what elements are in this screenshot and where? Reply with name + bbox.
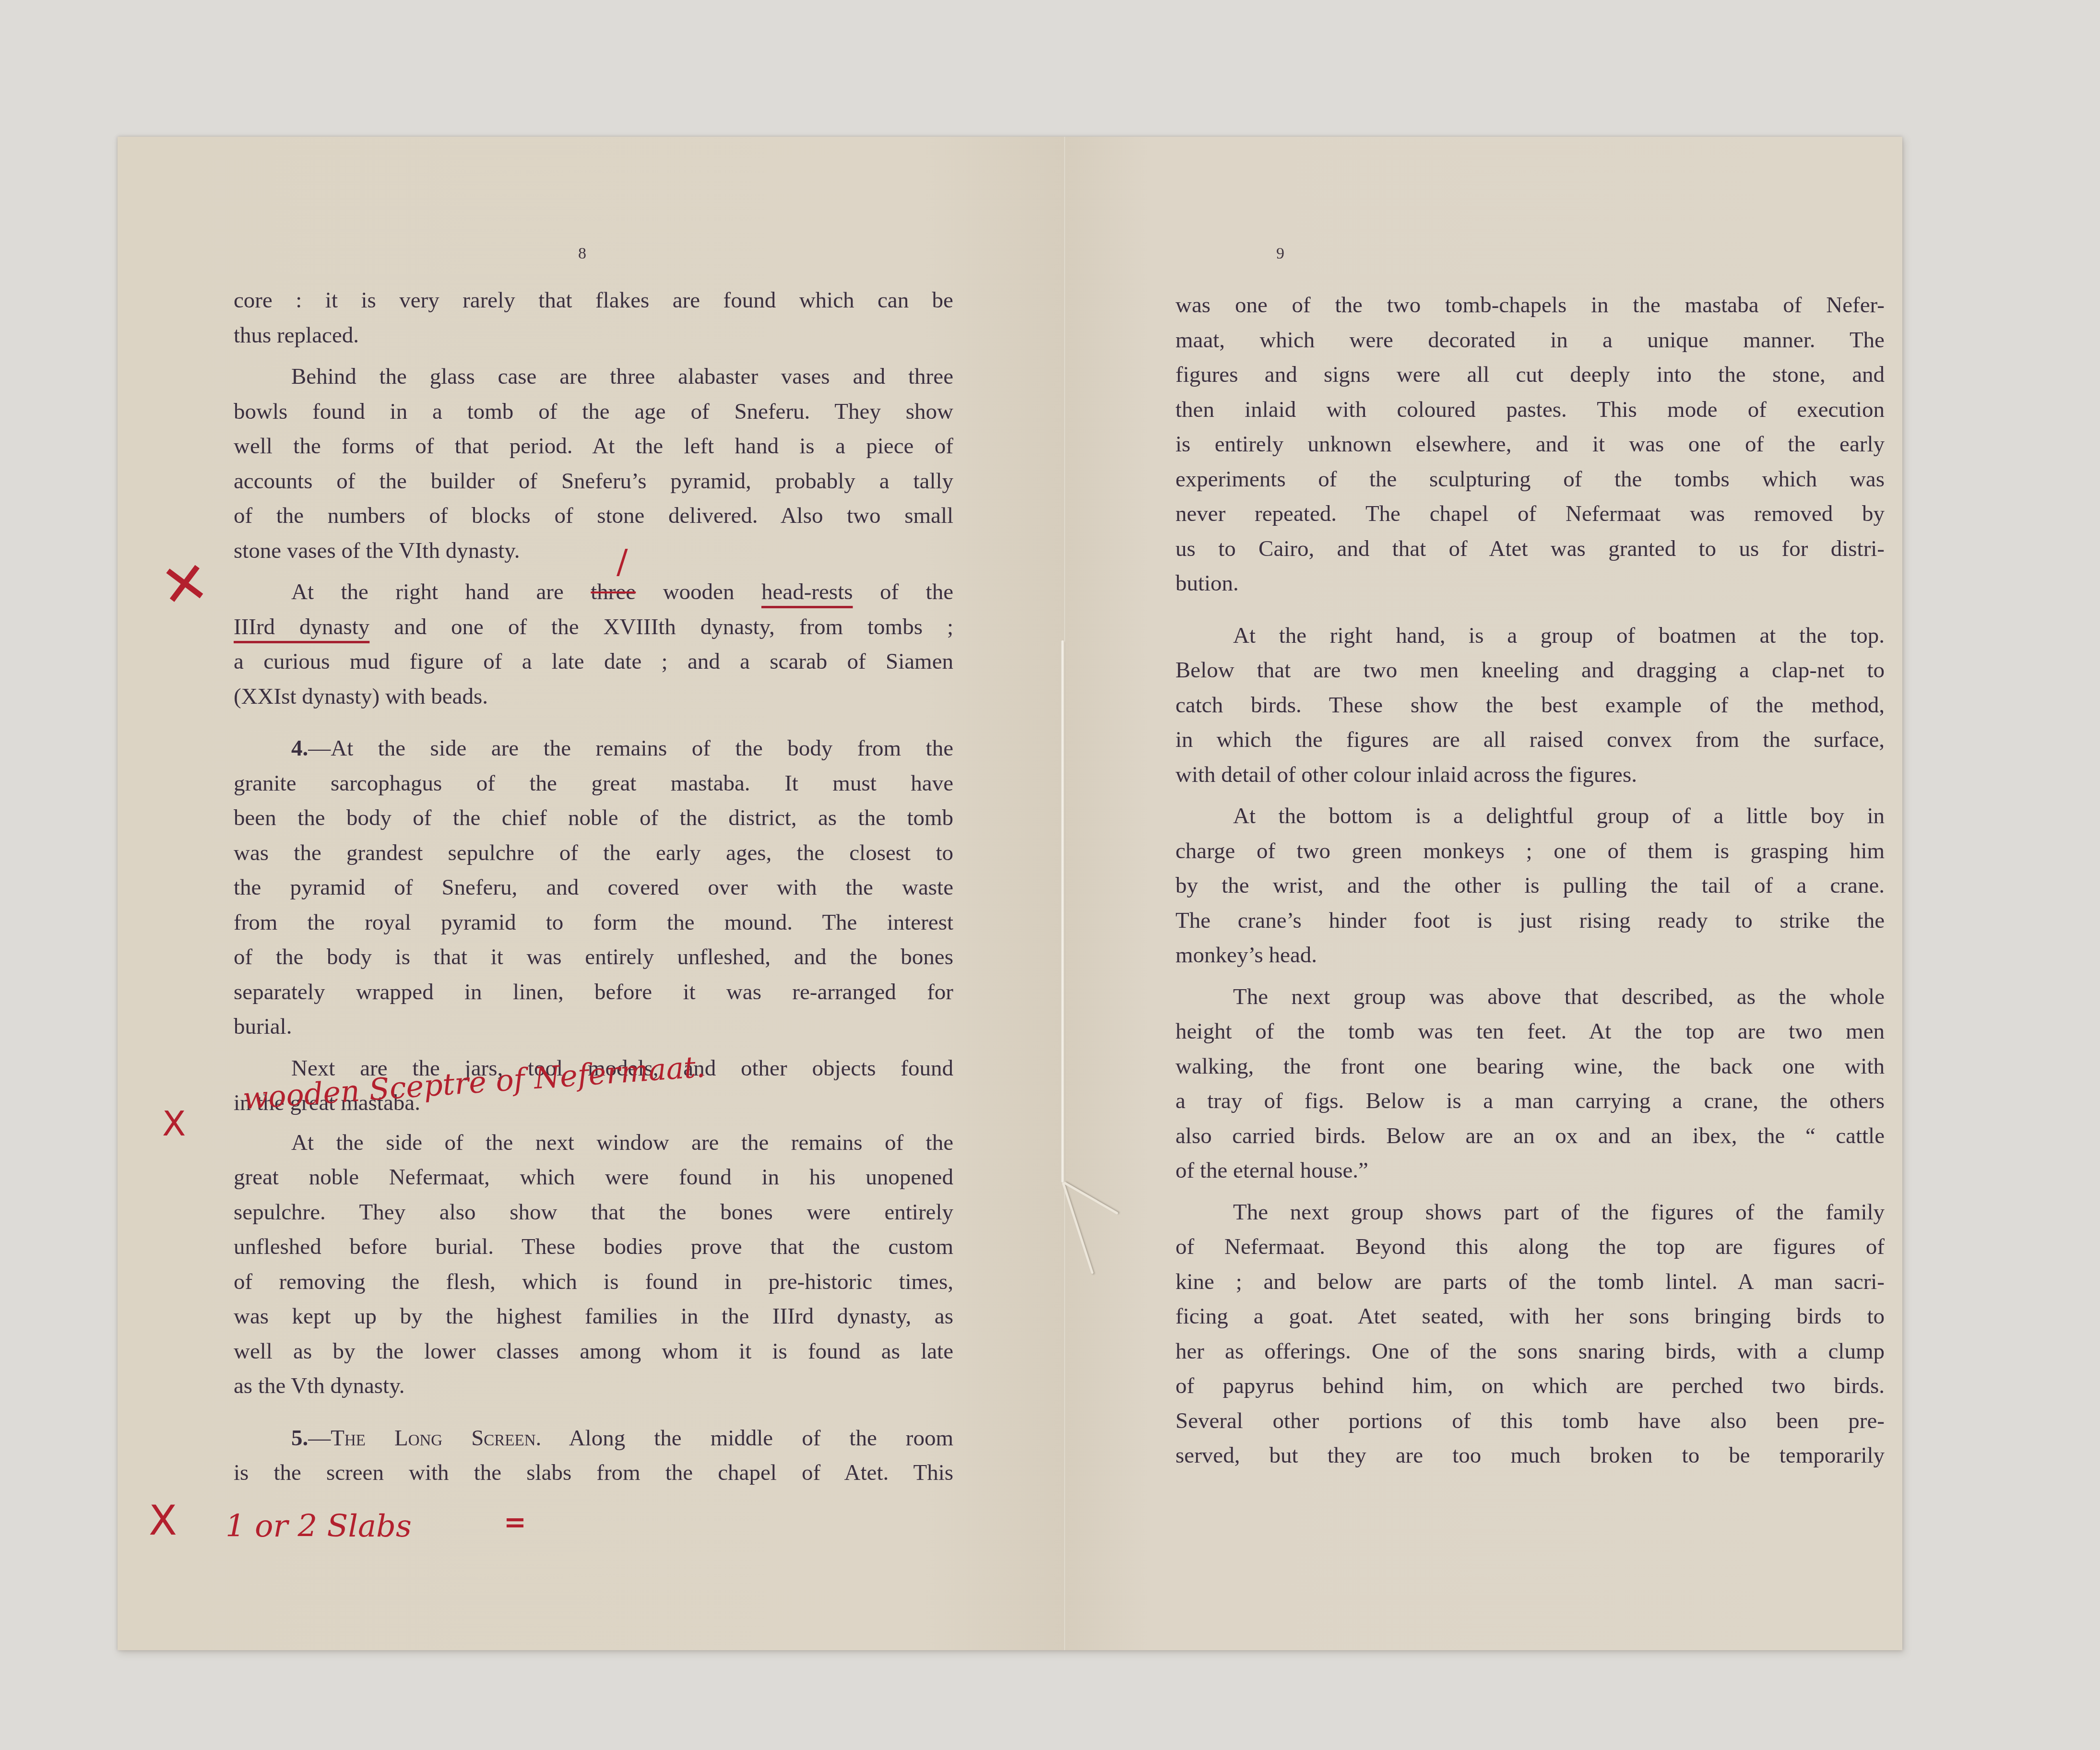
text-line: never repeated. The chapel of Nefermaat …: [1175, 497, 1885, 532]
text-line: is the screen with the slabs from the ch…: [234, 1455, 953, 1490]
text-line: of Nefermaat. Beyond this along the top …: [1175, 1230, 1885, 1265]
page-number-right: 9: [1276, 245, 1284, 263]
text-line: Behind the glass case are three alabaste…: [234, 359, 953, 394]
text-line: by the wrist, and the other is pulling t…: [1175, 868, 1885, 903]
text-line: sepulchre. They also show that the bones…: [234, 1195, 953, 1230]
left-page-text: core : it is very rarely that flakes are…: [234, 283, 953, 1490]
text-line: a tray of figs. Below is a man carrying …: [1175, 1084, 1885, 1119]
text-run: and one of the XVIIIth dynasty, from tom…: [369, 615, 953, 639]
text-line: (XXIst dynasty) with beads.: [234, 679, 953, 714]
text-line: unfleshed before burial. These bodies pr…: [234, 1230, 953, 1265]
text-line: At the bottom is a delightful group of a…: [1175, 799, 1885, 834]
text-line: is entirely unknown elsewhere, and it wa…: [1175, 427, 1885, 462]
text-line: a curious mud figure of a late date ; an…: [234, 644, 953, 679]
paragraph: The next group shows part of the figures…: [1175, 1195, 1885, 1473]
text-line: monkey’s head.: [1175, 938, 1885, 973]
text-line: charge of two green monkeys ; one of the…: [1175, 834, 1885, 869]
right-page-text: was one of the two tomb-chapels in the m…: [1175, 288, 1885, 1473]
text-line: The next group was above that described,…: [1175, 980, 1885, 1015]
text-line: of the numbers of blocks of stone delive…: [234, 498, 953, 533]
text-run: of the: [853, 579, 953, 604]
text-line: core : it is very rarely that flakes are…: [234, 283, 953, 318]
text-line: height of the tomb was ten feet. At the …: [1175, 1014, 1885, 1049]
text-run: from the chapel of Atet. This: [571, 1460, 953, 1485]
text-line: of papyrus behind him, on which are perc…: [1175, 1369, 1885, 1404]
handwritten-note: 1 or 2 Slabs: [225, 1509, 412, 1544]
text-line: At the right hand are three wooden head-…: [234, 575, 953, 610]
text-line: of the eternal house.”: [1175, 1153, 1885, 1188]
paragraph: was one of the two tomb-chapels in the m…: [1175, 288, 1885, 601]
double-underline-mark: =: [504, 1506, 526, 1538]
text-line: as the Vth dynasty.: [234, 1369, 953, 1404]
text-line: was one of the two tomb-chapels in the m…: [1175, 288, 1885, 323]
paragraph: At the side of the next window are the r…: [234, 1125, 953, 1404]
page-number-left: 8: [578, 245, 586, 263]
text-line: also carried birds. Below are an ox and …: [1175, 1119, 1885, 1154]
text-line: thus replaced.: [234, 318, 953, 353]
text-line: from the royal pyramid to form the mound…: [234, 905, 953, 940]
text-line: in which the figures are all raised conv…: [1175, 722, 1885, 757]
section-heading: —The Long Screen.: [308, 1426, 541, 1451]
text-line: kine ; and below are parts of the tomb l…: [1175, 1265, 1885, 1300]
text-line: walking, the front one bearing wine, the…: [1175, 1049, 1885, 1084]
section-number: 4.: [291, 736, 308, 761]
underlined-phrase: IIIrd dynasty: [234, 615, 369, 639]
paragraph-section-5: 5.—The Long Screen. Along the middle of …: [234, 1421, 953, 1490]
text-line: The next group shows part of the figures…: [1175, 1195, 1885, 1230]
underlined-word: head-rests: [761, 579, 853, 604]
text-line: us to Cairo, and that of Atet was grante…: [1175, 532, 1885, 567]
text-line: well as by the lower classes among whom …: [234, 1334, 953, 1369]
text-run: At the right hand are: [291, 579, 591, 604]
text-line: The crane’s hinder foot is just rising r…: [1175, 903, 1885, 938]
text-line: experiments of the sculpturing of the to…: [1175, 462, 1885, 497]
text-line: separately wrapped in linen, before it w…: [234, 975, 953, 1010]
text-line: stone vases of the VIth dynasty.: [234, 533, 953, 568]
underlined-word: slabs: [526, 1460, 571, 1485]
text-run: wooden: [636, 579, 761, 604]
text-run: Along the middle of the room: [541, 1426, 953, 1451]
struck-word: three: [591, 579, 636, 604]
text-line: At the right hand, is a group of boatmen…: [1175, 618, 1885, 653]
margin-cross-mark: X: [162, 1103, 186, 1144]
paragraph: At the right hand are three wooden head-…: [234, 575, 953, 714]
text-line: well the forms of that period. At the le…: [234, 429, 953, 464]
text-line: bution.: [1175, 566, 1885, 601]
text-line: the pyramid of Sneferu, and covered over…: [234, 870, 953, 905]
paragraph: At the right hand, is a group of boatmen…: [1175, 618, 1885, 792]
paragraph: Behind the glass case are three alabaste…: [234, 359, 953, 568]
text-line: bowls found in a tomb of the age of Snef…: [234, 394, 953, 429]
text-line: Below that are two men kneeling and drag…: [1175, 653, 1885, 688]
text-line: of removing the flesh, which is found in…: [234, 1265, 953, 1300]
text-line: Several other portions of this tomb have…: [1175, 1404, 1885, 1439]
text-line: burial.: [234, 1009, 953, 1044]
text-line: great noble Nefermaat, which were found …: [234, 1160, 953, 1195]
text-line: catch birds. These show the best example…: [1175, 688, 1885, 723]
text-line: then inlaid with coloured pastes. This m…: [1175, 392, 1885, 427]
text-line: figures and signs were all cut deeply in…: [1175, 357, 1885, 392]
text-line: granite sarcophagus of the great mastaba…: [234, 766, 953, 801]
paragraph-section-4: 4.—At the side are the remains of the bo…: [234, 731, 953, 1044]
text-line: IIIrd dynasty and one of the XVIIIth dyn…: [234, 610, 953, 645]
margin-cross-mark: X: [149, 1497, 177, 1545]
text-line: been the body of the chief noble of the …: [234, 801, 953, 836]
text-line: 5.—The Long Screen. Along the middle of …: [234, 1421, 953, 1456]
text-line: her as offerings. One of the sons snarin…: [1175, 1334, 1885, 1369]
text-line: served, but they are too much broken to …: [1175, 1438, 1885, 1473]
binding-thread: [1060, 640, 1065, 1182]
text-line: maat, which were decorated in a unique m…: [1175, 323, 1885, 358]
margin-cross-mark: ✕: [156, 549, 214, 622]
text-line: with detail of other colour inlaid acros…: [1175, 757, 1885, 792]
text-line: was kept up by the highest families in t…: [234, 1299, 953, 1334]
text-run: —At the side are the remains of the body…: [308, 736, 953, 761]
text-line: At the side of the next window are the r…: [234, 1125, 953, 1160]
paragraph: core : it is very rarely that flakes are…: [234, 283, 953, 353]
replacement-mark: /: [617, 542, 628, 581]
paragraph: The next group was above that described,…: [1175, 980, 1885, 1188]
text-line: of the body is that it was entirely unfl…: [234, 940, 953, 975]
section-number: 5.: [291, 1426, 308, 1451]
text-line: accounts of the builder of Sneferu’s pyr…: [234, 464, 953, 499]
text-run: is the screen with the: [234, 1460, 526, 1485]
paragraph: At the bottom is a delightful group of a…: [1175, 799, 1885, 973]
text-line: 4.—At the side are the remains of the bo…: [234, 731, 953, 766]
text-line: was the grandest sepulchre of the early …: [234, 836, 953, 871]
text-line: ficing a goat. Atet seated, with her son…: [1175, 1299, 1885, 1334]
